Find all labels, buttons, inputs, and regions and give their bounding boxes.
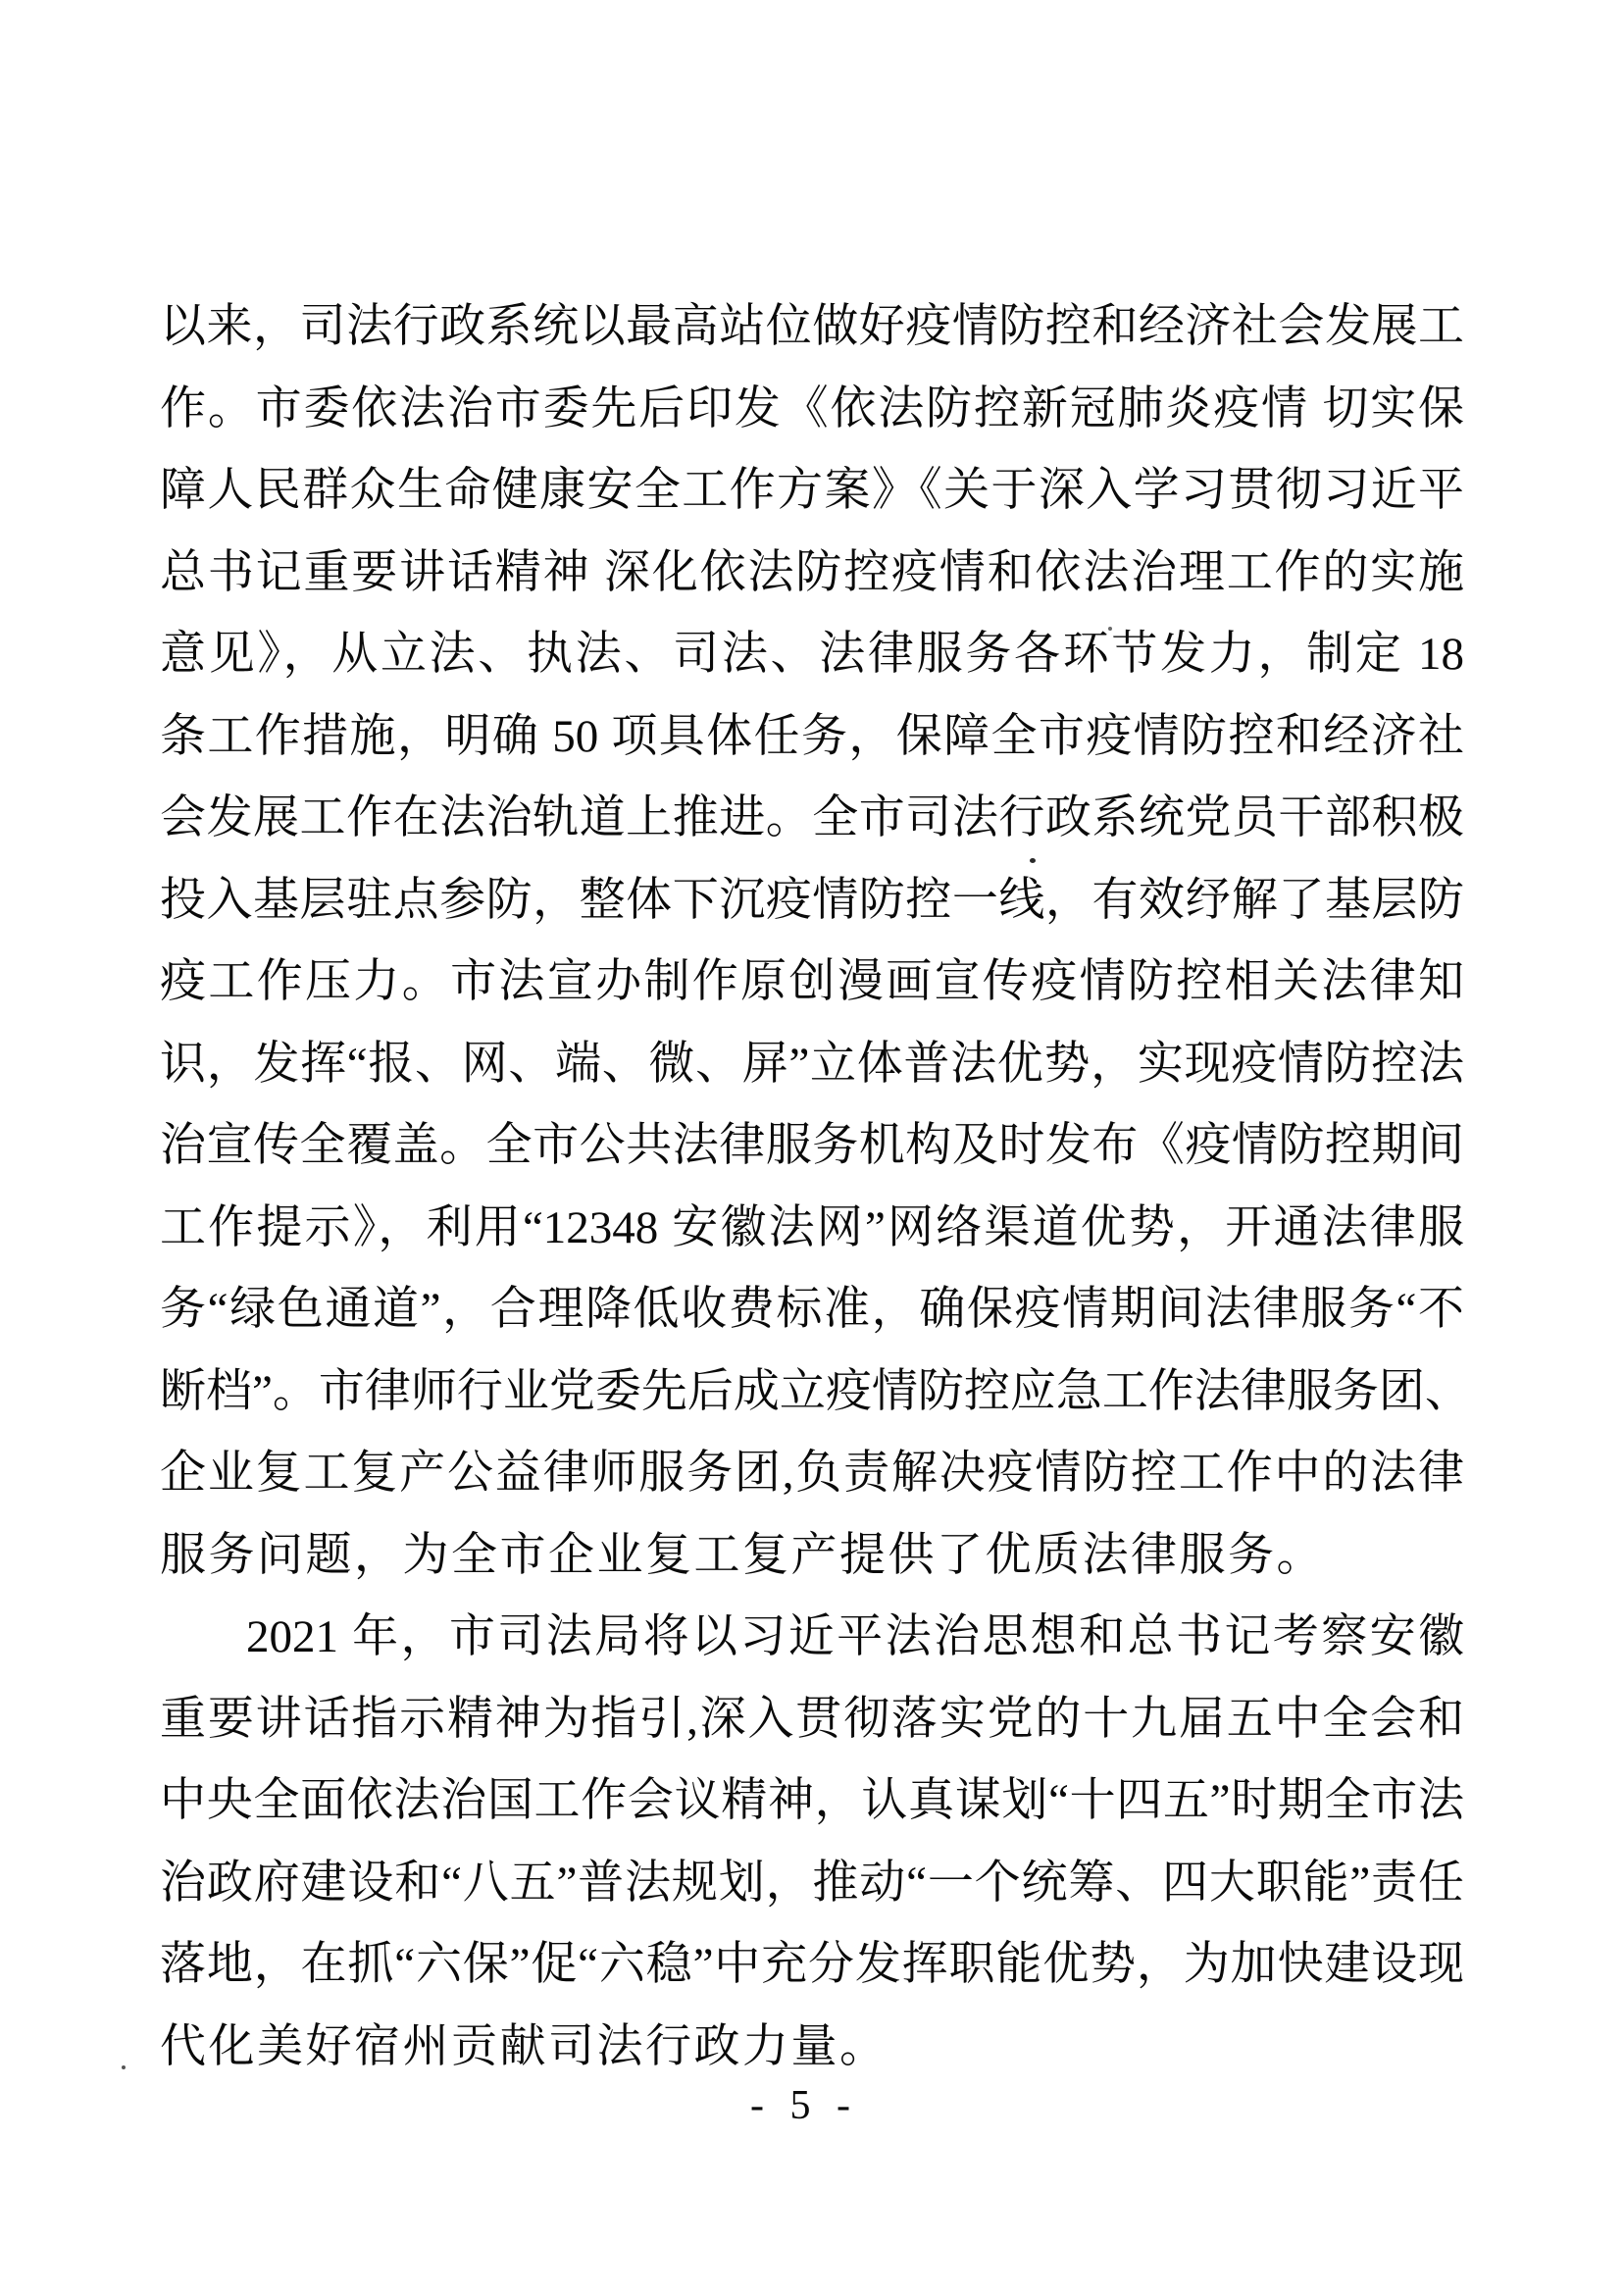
scanned-document-page: 以来，司法行政系统以最高站位做好疫情防控和经济社会发展工 作。市委依法治市委先后… — [0, 0, 1624, 2293]
text-line: 投入基层驻点参防，整体下沉疫情防控一线，有效纾解了基层防 — [160, 860, 1464, 943]
text-line: 作。市委依法治市委先后印发《依法防控新冠肺炎疫情 切实保 — [160, 369, 1464, 451]
scan-speck — [1108, 627, 1112, 631]
text-line: 重要讲话指示精神为指引,深入贯彻落实党的十九届五中全会和 — [160, 1679, 1464, 1761]
document-body-text: 以来，司法行政系统以最高站位做好疫情防控和经济社会发展工 作。市委依法治市委先后… — [160, 286, 1464, 2088]
scan-speck — [1030, 858, 1036, 863]
text-line: 企业复工复产公益律师服务团,负责解决疫情防控工作中的法律 — [160, 1433, 1464, 1515]
scan-speck — [122, 2065, 126, 2069]
text-line-paragraph-end: 服务问题，为全市企业复工复产提供了优质法律服务。 — [160, 1515, 1464, 1598]
page-number: - 5 - — [0, 2083, 1608, 2128]
text-line-paragraph-start: 2021 年，市司法局将以习近平法治思想和总书记考察安徽 — [160, 1597, 1464, 1679]
text-line: 务“绿色通道”，合理降低收费标准，确保疫情期间法律服务“不 — [160, 1269, 1464, 1351]
text-line: 治政府建设和“八五”普法规划，推动“一个统筹、四大职能”责任 — [160, 1843, 1464, 1925]
text-line: 疫工作压力。市法宣办制作原创漫画宣传疫情防控相关法律知 — [160, 942, 1464, 1024]
text-line: 总书记重要讲话精神 深化依法防控疫情和依法治理工作的实施 — [160, 533, 1464, 615]
text-line: 意见》，从立法、执法、司法、法律服务各环节发力，制定 18 — [160, 614, 1464, 696]
text-line: 断档”。市律师行业党委先后成立疫情防控应急工作法律服务团、 — [160, 1351, 1464, 1434]
text-line: 障人民群众生命健康安全工作方案》《关于深入学习贯彻习近平 — [160, 450, 1464, 533]
text-line: 以来，司法行政系统以最高站位做好疫情防控和经济社会发展工 — [160, 286, 1464, 369]
text-line: 治宣传全覆盖。全市公共法律服务机构及时发布《疫情防控期间 — [160, 1105, 1464, 1188]
text-line: 中央全面依法治国工作会议精神，认真谋划“十四五”时期全市法 — [160, 1760, 1464, 1843]
text-line-paragraph-end: 代化美好宿州贡献司法行政力量。 — [160, 2007, 1464, 2089]
text-line: 落地，在抓“六保”促“六稳”中充分发挥职能优势，为加快建设现 — [160, 1924, 1464, 2007]
text-line: 条工作措施，明确 50 项具体任务，保障全市疫情防控和经济社 — [160, 696, 1464, 779]
text-line: 识，发挥“报、网、端、微、屏”立体普法优势，实现疫情防控法 — [160, 1024, 1464, 1106]
text-line: 工作提示》，利用“12348 安徽法网”网络渠道优势，开通法律服 — [160, 1188, 1464, 1270]
text-line: 会发展工作在法治轨道上推进。全市司法行政系统党员干部积极 — [160, 778, 1464, 860]
